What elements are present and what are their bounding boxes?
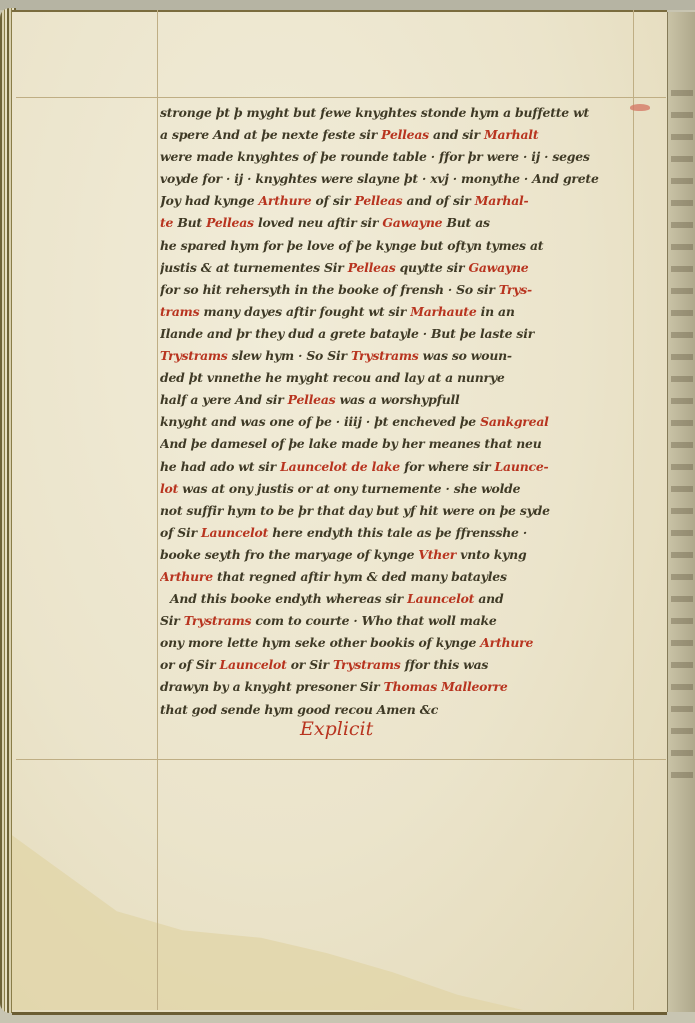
line-text: booke seyth fro the maryage of kynge xyxy=(160,547,418,562)
line-text: here endyth this tale as þe ffrensshe · xyxy=(268,525,527,540)
top-ruling-line xyxy=(16,97,666,98)
line-text: not suffir hym to be þr that day but yf … xyxy=(160,503,550,518)
line-text: and xyxy=(474,591,503,606)
rubricated-name: Arthure xyxy=(480,635,533,650)
rubricated-name: Arthure xyxy=(160,569,213,584)
manuscript-line: And þe damesel of þe lake made by her me… xyxy=(160,433,625,455)
manuscript-line: Trystrams slew hym · So Sir Trystrams wa… xyxy=(160,345,625,367)
rubricated-name: Launcelot xyxy=(201,525,268,540)
rubricated-name: Marhaute xyxy=(410,304,476,319)
rubricated-name: Launcelot de lake xyxy=(280,459,400,474)
line-text: of Sir xyxy=(160,525,201,540)
line-text: and sir xyxy=(429,127,484,142)
line-text: was so woun- xyxy=(419,348,512,363)
line-text: or of Sir xyxy=(160,657,220,672)
manuscript-line: he spared hym for þe love of þe kynge bu… xyxy=(160,235,625,257)
rubricated-name: Trystrams xyxy=(333,657,401,672)
rubricated-name: Launcelot xyxy=(220,657,287,672)
rubricated-name: Vther xyxy=(418,547,456,562)
manuscript-text-block: stronge þt þ myght but fewe knyghtes sto… xyxy=(160,102,625,721)
line-text: he had ado wt sir xyxy=(160,459,280,474)
rubricated-name: Gawayne xyxy=(382,215,442,230)
line-text: voyde for · ij · knyghtes were slayne þt… xyxy=(160,171,599,186)
line-text: and of sir xyxy=(402,193,474,208)
manuscript-line: half a yere And sir Pelleas was a worshy… xyxy=(160,389,625,411)
rubricated-name: Pelleas xyxy=(288,392,336,407)
manuscript-line: ded þt vnnethe he myght recou and lay at… xyxy=(160,367,625,389)
marginal-red-mark xyxy=(630,104,650,111)
manuscript-line: justis & at turnementes Sir Pelleas quyt… xyxy=(160,257,625,279)
line-text: were made knyghtes of þe rounde table · … xyxy=(160,149,590,164)
line-text: that regned aftir hym & ded many batayle… xyxy=(213,569,507,584)
line-text: Sir xyxy=(160,613,184,628)
rubricated-name: Trystrams xyxy=(351,348,419,363)
line-text: ony more lette hym seke other bookis of … xyxy=(160,635,480,650)
manuscript-line: And this booke endyth whereas sir Launce… xyxy=(160,588,625,610)
line-text: many dayes aftir fought wt sir xyxy=(199,304,410,319)
line-text: was a worshypfull xyxy=(335,392,459,407)
rubricated-name: Launce- xyxy=(495,459,549,474)
manuscript-line: not suffir hym to be þr that day but yf … xyxy=(160,500,625,522)
left-margin-rule xyxy=(157,10,158,1010)
rubricated-name: Launcelot xyxy=(407,591,474,606)
manuscript-line: voyde for · ij · knyghtes were slayne þt… xyxy=(160,168,625,190)
manuscript-line: Arthure that regned aftir hym & ded many… xyxy=(160,566,625,588)
manuscript-line: were made knyghtes of þe rounde table · … xyxy=(160,146,625,168)
manuscript-line: that god sende hym good recou Amen &c xyxy=(160,699,625,721)
manuscript-line: knyght and was one of þe · iiij · þt enc… xyxy=(160,411,625,433)
line-text: a spere And at þe nexte feste sir xyxy=(160,127,381,142)
bottom-ruling-line xyxy=(16,759,666,760)
manuscript-line: ony more lette hym seke other bookis of … xyxy=(160,632,625,654)
top-edge xyxy=(0,0,695,10)
line-text: ded þt vnnethe he myght recou and lay at… xyxy=(160,370,505,385)
manuscript-line: Ilande and þr they dud a grete batayle ·… xyxy=(160,323,625,345)
manuscript-line: stronge þt þ myght but fewe knyghtes sto… xyxy=(160,102,625,124)
line-text: was at ony justis or at ony turnemente ·… xyxy=(178,481,520,496)
rubricated-name: Pelleas xyxy=(348,260,396,275)
manuscript-line: drawyn by a knyght presoner Sir Thomas M… xyxy=(160,676,625,698)
explicit-colophon: Explicit xyxy=(300,718,373,740)
line-text: of sir xyxy=(311,193,354,208)
manuscript-line: of Sir Launcelot here endyth this tale a… xyxy=(160,522,625,544)
line-text: vnto kyng xyxy=(456,547,526,562)
line-text: justis & at turnementes Sir xyxy=(160,260,348,275)
manuscript-line: Sir Trystrams com to courte · Who that w… xyxy=(160,610,625,632)
line-text: or Sir xyxy=(287,657,333,672)
line-text: stronge þt þ myght but fewe knyghtes sto… xyxy=(160,105,589,120)
rubricated-name: Pelleas xyxy=(381,127,429,142)
line-text: Ilande and þr they dud a grete batayle ·… xyxy=(160,326,534,341)
line-text: slew hym · So Sir xyxy=(228,348,351,363)
manuscript-line: trams many dayes aftir fought wt sir Mar… xyxy=(160,301,625,323)
line-text: for where sir xyxy=(400,459,495,474)
manuscript-line: lot was at ony justis or at ony turnemen… xyxy=(160,478,625,500)
rubricated-name: Thomas Malleorre xyxy=(384,679,508,694)
rubricated-name: Pelleas xyxy=(206,215,254,230)
rubricated-name: Marhal- xyxy=(475,193,529,208)
line-text: that god sende hym good recou Amen &c xyxy=(160,702,438,717)
manuscript-line: Joy had kynge Arthure of sir Pelleas and… xyxy=(160,190,625,212)
rubricated-name: Trystrams xyxy=(160,348,228,363)
manuscript-line: booke seyth fro the maryage of kynge Vth… xyxy=(160,544,625,566)
rubricated-name: Trystrams xyxy=(184,613,252,628)
line-text: And þe damesel of þe lake made by her me… xyxy=(160,436,542,451)
rubricated-name: Sankgreal xyxy=(480,414,549,429)
right-margin-rule xyxy=(633,10,634,1010)
rubricated-name: Arthure xyxy=(259,193,312,208)
line-text: for so hit rehersyth in the booke of fre… xyxy=(160,282,499,297)
rubricated-name: Gawayne xyxy=(468,260,528,275)
rubricated-name: Trys- xyxy=(499,282,532,297)
manuscript-line: he had ado wt sir Launcelot de lake for … xyxy=(160,456,625,478)
line-text: Joy had kynge xyxy=(160,193,259,208)
line-text: loved neu aftir sir xyxy=(254,215,383,230)
line-text: quytte sir xyxy=(395,260,468,275)
line-text: he spared hym for þe love of þe kynge bu… xyxy=(160,238,543,253)
rubricated-name: trams xyxy=(160,304,199,319)
line-text: com to courte · Who that woll make xyxy=(251,613,496,628)
line-text: in an xyxy=(477,304,515,319)
adjacent-leaf-text-bleed xyxy=(671,90,693,790)
line-text: But xyxy=(173,215,206,230)
manuscript-line: or of Sir Launcelot or Sir Trystrams ffo… xyxy=(160,654,625,676)
manuscript-line: for so hit rehersyth in the booke of fre… xyxy=(160,279,625,301)
line-text: ffor this was xyxy=(401,657,489,672)
line-text: And this booke endyth whereas sir xyxy=(170,591,407,606)
rubricated-name: Marhalt xyxy=(484,127,538,142)
manuscript-line: te But Pelleas loved neu aftir sir Gaway… xyxy=(160,212,625,234)
line-text: knyght and was one of þe · iiij · þt enc… xyxy=(160,414,480,429)
manuscript-line: a spere And at þe nexte feste sir Pellea… xyxy=(160,124,625,146)
line-text: half a yere And sir xyxy=(160,392,288,407)
rubricated-name: lot xyxy=(160,481,178,496)
line-text: drawyn by a knyght presoner Sir xyxy=(160,679,384,694)
line-text: But as xyxy=(442,215,489,230)
rubricated-name: Pelleas xyxy=(355,193,403,208)
rubricated-name: te xyxy=(160,215,173,230)
